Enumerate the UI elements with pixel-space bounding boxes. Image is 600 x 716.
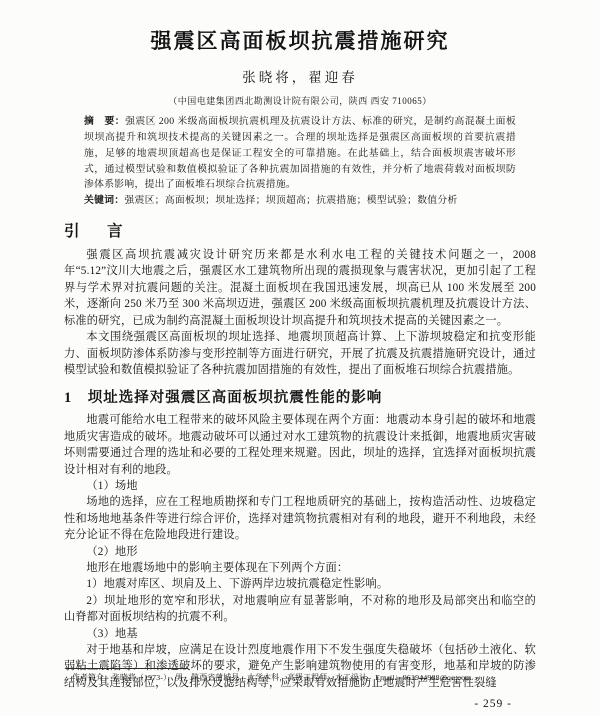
paper-authors: 张晓将，翟迎春 [64,66,536,86]
footnote-rule [66,668,188,669]
section1-terrain-item-2: 2）坝址地形的宽窄和形状，对地震响应有显著影响，不对称的地形及局部突出和临空的山… [64,593,536,626]
paper-title: 强震区高面板坝抗震措施研究 [64,28,536,55]
scanned-paper-page: 强震区高面板坝抗震措施研究 张晓将，翟迎春 （中国电建集团西北勘测设计院有限公司… [0,0,600,716]
section1-paragraph-site: 场地的选择，应在工程地质勘探和专门工程地质研究的基础上，按构造活动性、边坡稳定性… [64,494,536,543]
abstract-paragraph: 摘 要：强震区 200 米级高面板坝抗震机理及抗震设计方法、标准的研究，是制约高… [84,114,516,193]
intro-heading: 引 言 [64,219,536,241]
keywords-label: 关键词： [84,195,124,206]
section1-heading: 1 坝址选择对强震区高面板坝抗震性能的影响 [64,386,536,407]
section1-terrain-item-1: 1）地震对库区、坝肩及上、下游两岸边坡抗震稳定性影响。 [64,576,536,592]
section1-paragraph-1: 地震可能给水电工程带来的破坏风险主要体现在两个方面：地震动本身引起的破坏和地震地… [64,412,536,478]
keywords-paragraph: 关键词：强震区；高面板坝；坝址选择；坝顶超高；抗震措施；模型试验；数值分析 [84,193,516,209]
intro-paragraph-1: 强震区高坝抗震减灾设计研究历来都是水利水电工程的关键技术问题之一，2008 年“… [64,247,536,329]
keywords-text: 强震区；高面板坝；坝址选择；坝顶超高；抗震措施；模型试验；数值分析 [124,195,457,206]
abstract-label: 摘 要： [84,116,125,127]
section1-subheading-foundation: （3）地基 [64,626,536,642]
section1-subheading-terrain: （2）地形 [64,544,536,560]
section1-paragraph-terrain-lead: 地形在地震场地中的影响主要体现在下列两个方面： [64,560,536,576]
author-affiliation: （中国电建集团西北勘测设计院有限公司，陕西 西安 710065） [64,94,536,107]
author-bio-footnote: 作者简介：张晓将（1973-），男，陕西省蒲城县，大学本科，高级工程师，水工设计… [64,673,536,683]
page-number: - 259 - [474,698,512,710]
intro-paragraph-2: 本文围绕强震区高面板坝的坝址选择、地震坝顶超高计算、上下游坝坡稳定和抗变形能力、… [64,329,536,378]
section1-paragraph-foundation: 对于地基和岸坡，应满足在设计烈度地震作用下不发生强度失稳破坏（包括砂土液化、软弱… [64,642,536,691]
abstract-block: 摘 要：强震区 200 米级高面板坝抗震机理及抗震设计方法、标准的研究，是制约高… [84,114,516,209]
section1-subheading-site: （1）场地 [64,478,536,494]
abstract-text: 强震区 200 米级高面板坝抗震机理及抗震设计方法、标准的研究，是制约高混凝土面… [84,116,516,190]
footnote-area: 作者简介：张晓将（1973-），男，陕西省蒲城县，大学本科，高级工程师，水工设计… [64,668,536,683]
